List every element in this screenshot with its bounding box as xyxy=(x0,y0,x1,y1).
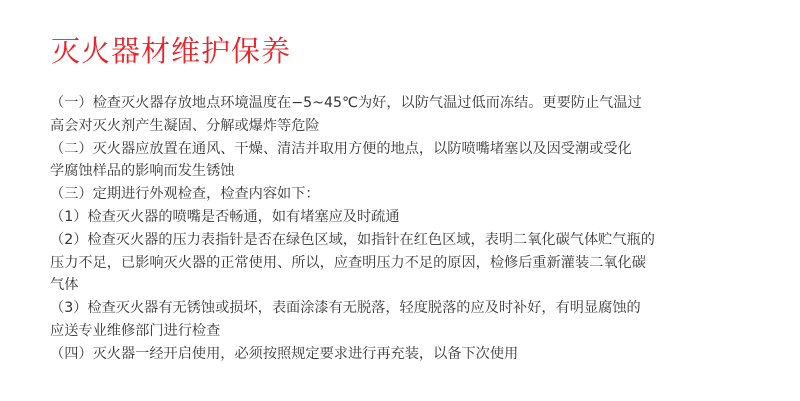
text-line-item-3: （3）检查灭火器有无锈蚀或损坏，表面涂漆有无脱落，轻度脱落的应及时补好，有明显腐… xyxy=(50,297,710,320)
text-line-item-2: （2）检查灭火器的压力表指针是否在绿色区域，如指针在红色区域，表明二氧化碳气体贮… xyxy=(50,229,710,252)
text-line-section-2: （二）灭火器应放置在通风、干燥、清洁并取用方便的地点，以防喷嘴堵塞以及因受潮或受… xyxy=(50,138,710,161)
text-line-section-1: （一）检查灭火器存放地点环境温度在−5~45℃为好，以防气温过低而冻结。更要防止… xyxy=(50,92,710,115)
maintenance-text-body: （一）检查灭火器存放地点环境温度在−5~45℃为好，以防气温过低而冻结。更要防止… xyxy=(50,92,710,366)
text-line-section-3: （三）定期进行外观检查，检查内容如下： xyxy=(50,183,710,206)
text-line-item-2-cont-2: 气体 xyxy=(50,274,710,297)
text-line-section-4: （四）灭火器一经开启使用，必须按照规定要求进行再充装，以备下次使用 xyxy=(50,343,710,366)
text-line-item-3-cont: 应送专业维修部门进行检查 xyxy=(50,320,710,343)
text-line-section-2-cont: 学腐蚀样品的影响而发生锈蚀 xyxy=(50,160,710,183)
text-line-section-1-cont: 高会对灭火剂产生凝固、分解或爆炸等危险 xyxy=(50,115,710,138)
page-title: 灭火器材维护保养 xyxy=(51,33,291,69)
text-line-item-1: （1）检查灭火器的喷嘴是否畅通，如有堵塞应及时疏通 xyxy=(50,206,710,229)
text-line-item-2-cont: 压力不足，已影响灭火器的正常使用、所以，应查明压力不足的原因，检修后重新灌装二氧… xyxy=(50,252,710,275)
